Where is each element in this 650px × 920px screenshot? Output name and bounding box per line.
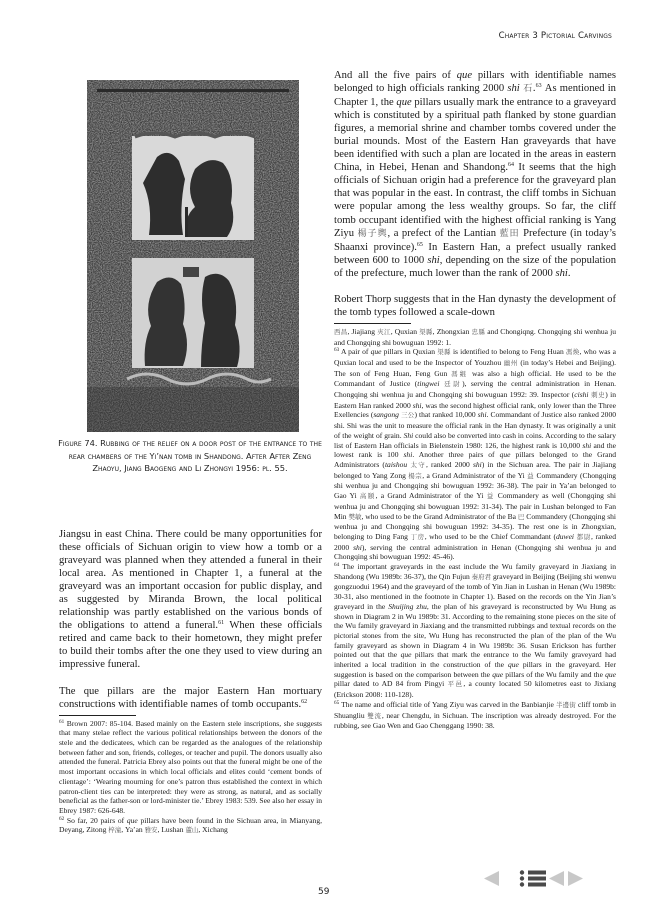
footnote-64: 64 The important graveyards in the east …	[334, 562, 616, 700]
figure-caption: Figure 74. Rubbing of the relief on a do…	[56, 437, 324, 475]
body-paragraph: Jiangsu in east China. There could be ma…	[59, 528, 322, 672]
right-column: And all the five pairs of que pillars wi…	[334, 69, 616, 731]
list-icon	[519, 870, 547, 887]
body-paragraph: And all the five pairs of que pillars wi…	[334, 69, 616, 280]
rubbing-illustration	[87, 77, 299, 434]
forward-button[interactable]	[567, 870, 584, 887]
triangle-left-icon	[548, 870, 565, 887]
footnote-63: 63 A pair of que pillars in Quxian 渠縣 is…	[334, 347, 616, 562]
page-number: 59	[318, 887, 329, 897]
running-head: Chapter 3 Pictorial Carvings	[499, 31, 612, 41]
footnote-divider	[334, 323, 411, 324]
left-column: Jiangsu in east China. There could be ma…	[59, 528, 322, 836]
triangle-left-icon	[483, 870, 500, 887]
footnote-65: 65 The name and official title of Yang Z…	[334, 700, 616, 731]
previous-page-button[interactable]	[483, 870, 500, 887]
triangle-right-icon	[567, 870, 584, 887]
body-paragraph: Robert Thorp suggests that in the Han dy…	[334, 293, 616, 319]
body-paragraph: The que pillars are the major Eastern Ha…	[59, 685, 322, 711]
footnote-ref-62[interactable]: 62	[301, 699, 307, 705]
footnote-62-continued: 西昌, Jiajiang 夾江, Quxian 渠縣, Zhongxian 忠縣…	[334, 327, 616, 347]
back-button[interactable]	[548, 870, 565, 887]
footnote-divider	[59, 715, 136, 716]
footnote-61: 61 Brown 2007: 85-104. Based mainly on t…	[59, 719, 322, 816]
footnote-62: 62 So far, 20 pairs of que pillars have …	[59, 816, 322, 836]
table-of-contents-button[interactable]	[519, 870, 547, 887]
figure-rubbing-image	[87, 77, 299, 434]
